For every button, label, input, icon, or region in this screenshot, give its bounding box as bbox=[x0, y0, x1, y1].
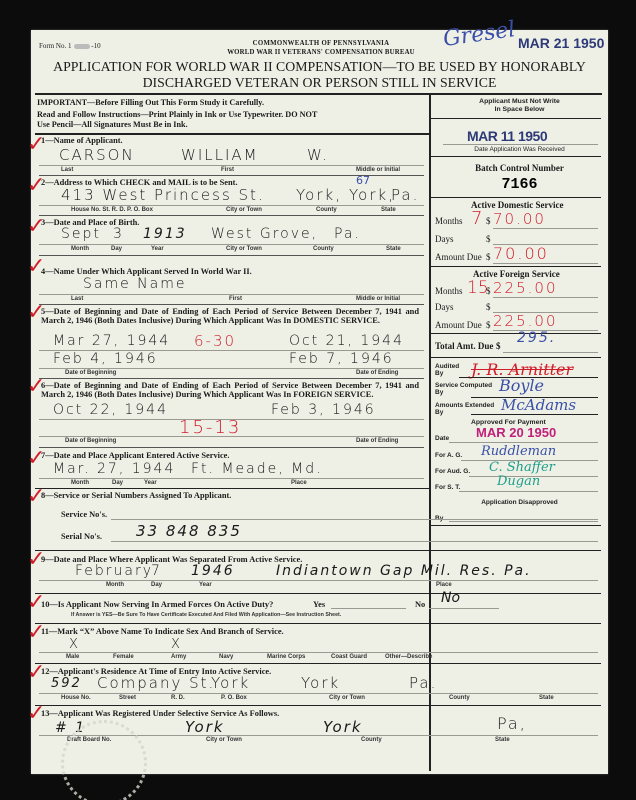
divider bbox=[35, 93, 602, 95]
yes-label: Yes bbox=[313, 600, 325, 609]
field-line bbox=[39, 255, 424, 256]
audg-label: For Aud. G. bbox=[435, 468, 470, 475]
domestic-days-label: Days bbox=[435, 234, 454, 244]
option-male[interactable]: Male bbox=[66, 654, 79, 660]
field-line bbox=[449, 442, 598, 443]
field-line bbox=[459, 491, 598, 492]
domestic-months-amount: 70.00 bbox=[493, 210, 546, 228]
field-line bbox=[39, 478, 424, 479]
extended-signature: McAdams bbox=[501, 396, 576, 414]
sub-label: Day bbox=[111, 246, 122, 252]
divider bbox=[35, 550, 601, 551]
sub-label: Middle or Initial bbox=[356, 296, 400, 302]
foreign-months-amount: 225.00 bbox=[493, 279, 558, 297]
field-line bbox=[39, 378, 424, 379]
field-line bbox=[471, 414, 598, 415]
divider bbox=[431, 266, 601, 267]
dollar-sign: $ bbox=[486, 216, 491, 226]
mark-male: X bbox=[69, 637, 80, 652]
dollar-sign: $ bbox=[486, 320, 491, 330]
domestic-months: 7 bbox=[471, 208, 484, 229]
q8-label: 8—Service or Serial Numbers Assigned To … bbox=[41, 491, 231, 500]
sub-label: Last bbox=[61, 167, 73, 173]
sub-label: Place bbox=[291, 480, 307, 486]
field-line bbox=[493, 297, 598, 298]
q9-year: 1946 bbox=[191, 563, 235, 579]
sub-label: Place bbox=[436, 582, 452, 588]
mark-army: X bbox=[171, 637, 182, 652]
no-value: No bbox=[441, 590, 460, 606]
sub-label: Day bbox=[151, 582, 162, 588]
instruction-1: IMPORTANT—Before Filling Out This Form S… bbox=[37, 98, 264, 107]
q5-row2-end: Feb 7, 1946 bbox=[289, 351, 394, 367]
q5-row1-note: 6-30 bbox=[194, 332, 236, 350]
agency-line-1: COMMONWEALTH OF PENNSYLVANIA bbox=[181, 40, 461, 47]
form-title-line-1: APPLICATION FOR WORLD WAR II COMPENSATIO… bbox=[31, 59, 608, 75]
divider bbox=[431, 333, 601, 334]
divider bbox=[35, 705, 601, 706]
sub-label: Street bbox=[119, 695, 136, 701]
field-line bbox=[493, 263, 598, 264]
field-line bbox=[39, 652, 598, 653]
service-no-label: Service No's. bbox=[61, 510, 107, 519]
sub-label: House No. St. R. D. P. O. Box bbox=[71, 207, 153, 213]
date-label: Date bbox=[435, 435, 449, 442]
sub-label: Month bbox=[71, 246, 89, 252]
form-number: Form No. 1 -10 bbox=[39, 42, 101, 50]
q6-label: 6—Date of Beginning and Date of Ending o… bbox=[41, 381, 419, 399]
sub-label: Date of Beginning bbox=[65, 370, 116, 376]
q7-label: 7—Date and Place Applicant Entered Activ… bbox=[41, 451, 230, 460]
sub-label: Year bbox=[199, 582, 212, 588]
domestic-amount: 70.00 bbox=[493, 244, 549, 263]
field-line bbox=[39, 304, 424, 305]
office-heading-2: In Space Below bbox=[431, 106, 608, 113]
form-title-line-2: DISCHARGED VETERAN OR PERSON STILL IN SE… bbox=[31, 75, 608, 91]
audited-label: Audited By bbox=[435, 363, 465, 377]
q13-state: Pa, bbox=[497, 714, 527, 733]
field-line bbox=[449, 521, 598, 522]
q2-county: York, bbox=[349, 186, 395, 204]
sub-label: County bbox=[313, 246, 334, 252]
q2-city: York, bbox=[296, 186, 342, 204]
instruction-2: Read and Follow Instructions—Print Plain… bbox=[37, 110, 317, 119]
sub-label: Date of Ending bbox=[356, 438, 398, 444]
serial-number: 33 848 835 bbox=[136, 522, 242, 540]
union-bug-icon bbox=[74, 44, 90, 49]
q3-year: 1913 bbox=[143, 226, 187, 242]
divider bbox=[431, 525, 601, 526]
sub-label: State bbox=[539, 695, 554, 701]
divider bbox=[431, 197, 601, 198]
sub-label: Year bbox=[151, 246, 164, 252]
q2-state: Pa. bbox=[391, 186, 419, 204]
option-other[interactable]: Other—Describe bbox=[385, 654, 432, 660]
sub-label: City or Town bbox=[206, 737, 242, 743]
sub-label: State bbox=[381, 207, 396, 213]
q13-label: 13—Applicant Was Registered Under Select… bbox=[41, 709, 279, 718]
sub-label: City or Town bbox=[329, 695, 365, 701]
stamp-approved: MAR 20 1950 bbox=[476, 425, 556, 440]
sub-label: State bbox=[386, 246, 401, 252]
total-amount: 295. bbox=[517, 330, 556, 346]
option-navy[interactable]: Navy bbox=[219, 654, 233, 660]
foreign-amount-label: Amount Due bbox=[435, 320, 482, 330]
q5-row1-end: Oct 21, 1944 bbox=[289, 333, 404, 349]
form-no-text: Form No. 1 bbox=[39, 42, 71, 50]
agency-line-2: WORLD WAR II VETERANS' COMPENSATION BURE… bbox=[171, 49, 471, 56]
yes-field[interactable] bbox=[331, 608, 406, 609]
sub-label: Month bbox=[106, 582, 124, 588]
q2-street: 413 West Princess St. bbox=[61, 186, 265, 204]
q5-label: 5—Date of Beginning and Date of Ending o… bbox=[41, 307, 419, 325]
column-divider bbox=[429, 93, 431, 771]
ag-label: For A. G. bbox=[435, 452, 462, 459]
q3-city: West Grove, bbox=[211, 226, 318, 242]
q3-month: Sept bbox=[61, 226, 101, 242]
field-line bbox=[39, 368, 424, 369]
q7-date: Mar. 27, 1944 bbox=[53, 461, 175, 477]
q13-county: York bbox=[323, 718, 363, 736]
no-field[interactable] bbox=[429, 608, 499, 609]
sub-label: City or Town bbox=[226, 246, 262, 252]
q6-end: Feb 3, 1946 bbox=[271, 402, 376, 418]
sub-label: R. D. bbox=[171, 695, 185, 701]
dollar-sign: $ bbox=[486, 286, 491, 296]
q10-label: 10—Is Applicant Now Serving In Armed For… bbox=[41, 600, 273, 609]
option-coast-guard[interactable]: Coast Guard bbox=[331, 654, 367, 660]
q9-month: February bbox=[75, 563, 153, 579]
field-line bbox=[39, 244, 424, 245]
office-heading-1: Applicant Must Not Write bbox=[431, 98, 608, 105]
domestic-heading: Active Domestic Service bbox=[471, 200, 563, 210]
sub-label: County bbox=[361, 737, 382, 743]
sub-label: City or Town bbox=[226, 207, 262, 213]
q3-day: 3 bbox=[113, 226, 124, 242]
field-line bbox=[111, 541, 598, 542]
computed-label: Service Computed By bbox=[435, 382, 495, 396]
option-army[interactable]: Army bbox=[171, 654, 186, 660]
sub-label: County bbox=[449, 695, 470, 701]
divider bbox=[35, 133, 429, 135]
dollar-sign: $ bbox=[496, 341, 501, 351]
domestic-amount-label: Amount Due bbox=[435, 252, 482, 262]
foreign-days-label: Days bbox=[435, 302, 454, 312]
field-line bbox=[39, 165, 424, 166]
application-form: Form No. 1 -10 COMMONWEALTH OF PENNSYLVA… bbox=[31, 30, 608, 774]
q5-row1-begin: Mar 27, 1944 bbox=[53, 333, 170, 349]
sub-label: First bbox=[221, 167, 234, 173]
field-line bbox=[39, 447, 424, 448]
form-code: -10 bbox=[91, 42, 100, 50]
field-line bbox=[39, 294, 424, 295]
q11-label: 11—Mark “X” Above Name To Indicate Sex A… bbox=[41, 627, 284, 636]
st-signature: Dugan bbox=[497, 474, 540, 489]
disapproved-heading: Application Disapproved bbox=[431, 499, 608, 506]
sub-label: Middle or Initial bbox=[356, 167, 400, 173]
instruction-3: Use Pencil—All Signatures Must Be in Ink… bbox=[37, 120, 188, 129]
q12-county: York bbox=[301, 674, 340, 692]
domestic-months-label: Months bbox=[435, 216, 463, 226]
field-line bbox=[39, 215, 424, 216]
divider bbox=[431, 357, 601, 358]
foreign-months-label: Months bbox=[435, 286, 463, 296]
sub-label: Date of Ending bbox=[356, 370, 398, 376]
field-line bbox=[503, 352, 598, 353]
stamp-received: MAR 11 1950 bbox=[467, 128, 547, 144]
q1-first: WILLIAM bbox=[181, 146, 259, 164]
divider bbox=[431, 156, 601, 157]
field-line bbox=[111, 519, 598, 520]
divider bbox=[431, 118, 601, 119]
sub-label: Date of Beginning bbox=[65, 438, 116, 444]
serial-no-label: Serial No's. bbox=[61, 532, 102, 541]
q1-last: CARSON bbox=[59, 146, 135, 164]
embossed-seal bbox=[61, 720, 147, 800]
q4-value: Same Name bbox=[83, 276, 186, 292]
q3-state: Pa. bbox=[334, 226, 361, 242]
signature-top: Gresel bbox=[442, 17, 517, 52]
divider bbox=[35, 593, 601, 594]
field-line bbox=[39, 205, 424, 206]
sub-label: State bbox=[495, 737, 510, 743]
q12-house: 592 bbox=[51, 676, 82, 691]
sub-label: Last bbox=[71, 296, 83, 302]
audg-signature: C. Shaffer bbox=[489, 460, 555, 475]
option-female[interactable]: Female bbox=[113, 654, 134, 660]
dollar-sign: $ bbox=[486, 252, 491, 262]
divider bbox=[35, 488, 429, 489]
sub-label: First bbox=[229, 296, 242, 302]
q12-street: Company St. bbox=[97, 674, 215, 692]
batch-number: 7166 bbox=[431, 176, 608, 193]
q7-place: Ft. Meade, Md. bbox=[191, 461, 323, 477]
q1-middle: W. bbox=[307, 146, 329, 164]
received-label: Date Application Was Received bbox=[431, 146, 608, 153]
field-line bbox=[39, 436, 424, 437]
field-line bbox=[443, 144, 598, 145]
no-label: No bbox=[415, 600, 425, 609]
field-line bbox=[39, 693, 598, 694]
stamp-received-top: MAR 21 1950 bbox=[518, 35, 604, 51]
sub-label: County bbox=[316, 207, 337, 213]
total-label: Total Amt. Due bbox=[435, 341, 493, 351]
batch-label: Batch Control Number bbox=[431, 163, 608, 173]
q6-begin: Oct 22, 1944 bbox=[53, 402, 168, 418]
dollar-sign: $ bbox=[486, 234, 491, 244]
field-line bbox=[493, 228, 598, 229]
dollar-sign: $ bbox=[486, 302, 491, 312]
q1-label: 1—Name of Applicant. bbox=[41, 136, 123, 145]
q12-state: Pa. bbox=[409, 674, 437, 692]
q9-place: Indiantown Gap Mil. Res. Pa. bbox=[276, 563, 532, 579]
q5-row2-begin: Feb 4, 1946 bbox=[53, 351, 158, 367]
sub-label: House No. bbox=[61, 695, 91, 701]
q4-label: 4—Name Under Which Applicant Served In W… bbox=[41, 267, 252, 276]
option-marine-corps[interactable]: Marine Corps bbox=[267, 654, 305, 660]
q12-city: York bbox=[211, 674, 250, 692]
st-label: For S. T. bbox=[435, 484, 460, 491]
q6-note: 15-13 bbox=[179, 417, 241, 438]
sub-label: Year bbox=[144, 480, 157, 486]
foreign-amount: 225.00 bbox=[493, 312, 558, 330]
q10-note: If Answer is YES—Be Sure To Have Certifi… bbox=[71, 612, 341, 618]
divider bbox=[35, 663, 601, 664]
sub-label: Day bbox=[112, 480, 123, 486]
sub-label: P. O. Box bbox=[221, 695, 247, 701]
computed-signature: Boyle bbox=[499, 376, 544, 395]
ag-signature: Ruddleman bbox=[481, 444, 556, 459]
q9-day: 7 bbox=[151, 563, 162, 579]
field-line bbox=[39, 580, 598, 581]
divider bbox=[35, 623, 601, 624]
sub-label: Month bbox=[71, 480, 89, 486]
q13-city: York bbox=[185, 718, 225, 736]
